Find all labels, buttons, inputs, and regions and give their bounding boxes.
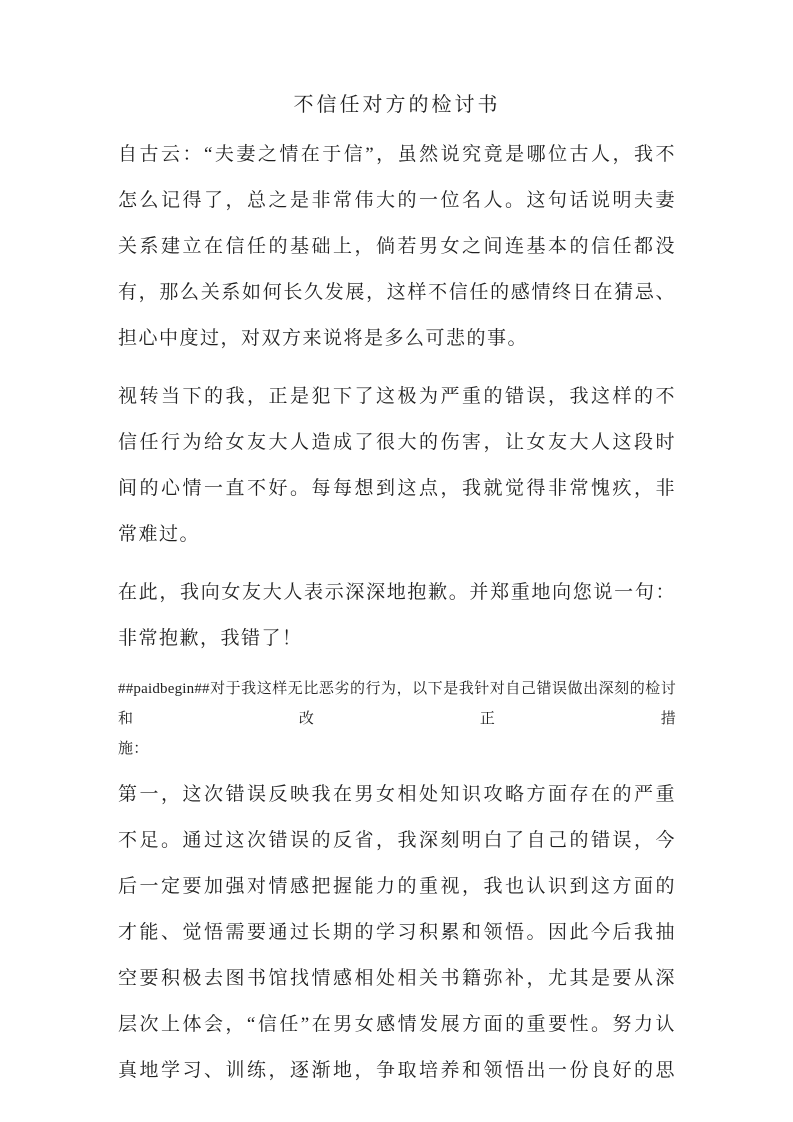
text-line: 层次上体会，“信任”在男女感情发展方面的重要性。努力认 [118, 1002, 676, 1048]
document-title: 不信任对方的检讨书 [118, 90, 676, 120]
text-line: 在此，我向女友大人表示深深地抱歉。并郑重地向您说一句： [118, 570, 676, 616]
text-line: 信任行为给女友大人造成了很大的伤害，让女友大人这段时 [118, 420, 676, 466]
text-line: 才能、觉悟需要通过长期的学习积累和领悟。因此今后我抽 [118, 910, 676, 956]
text-line: ##paidbegin##对于我这样无比恶劣的行为，以下是我针对自己错误做出深刻… [118, 674, 676, 734]
text-line: 第一，这次错误反映我在男女相处知识攻略方面存在的严重 [118, 772, 676, 818]
text-line: 间的心情一直不好。每每想到这点，我就觉得非常愧疚，非 [118, 466, 676, 512]
text-line: 后一定要加强对情感把握能力的重视，我也认识到这方面的 [118, 864, 676, 910]
paragraph: 视转当下的我，正是犯下了这极为严重的错误，我这样的不信任行为给女友大人造成了很大… [118, 374, 676, 558]
text-line: 有，那么关系如何长久发展，这样不信任的感情终日在猜忌、 [118, 270, 676, 316]
text-line: 自古云：“夫妻之情在于信”，虽然说究竟是哪位古人，我不 [118, 132, 676, 178]
text-line: 非常抱歉，我错了！ [118, 616, 676, 662]
text-line: 真地学习、训练，逐渐地，争取培养和领悟出一份良好的思 [118, 1048, 676, 1094]
paragraph: ##paidbegin##对于我这样无比恶劣的行为，以下是我针对自己错误做出深刻… [118, 674, 676, 764]
text-line: 视转当下的我，正是犯下了这极为严重的错误，我这样的不 [118, 374, 676, 420]
text-line: 施： [118, 734, 676, 764]
paragraph: 第一，这次错误反映我在男女相处知识攻略方面存在的严重不足。通过这次错误的反省，我… [118, 772, 676, 1094]
document-page: 不信任对方的检讨书 自古云：“夫妻之情在于信”，虽然说究竟是哪位古人，我不怎么记… [0, 0, 793, 1122]
paragraph: 自古云：“夫妻之情在于信”，虽然说究竟是哪位古人，我不怎么记得了，总之是非常伟大… [118, 132, 676, 362]
text-line: 担心中度过，对双方来说将是多么可悲的事。 [118, 316, 676, 362]
document-body: 自古云：“夫妻之情在于信”，虽然说究竟是哪位古人，我不怎么记得了，总之是非常伟大… [118, 132, 676, 1094]
paragraph: 在此，我向女友大人表示深深地抱歉。并郑重地向您说一句：非常抱歉，我错了！ [118, 570, 676, 662]
text-line: 关系建立在信任的基础上，倘若男女之间连基本的信任都没 [118, 224, 676, 270]
text-line: 不足。通过这次错误的反省，我深刻明白了自己的错误，今 [118, 818, 676, 864]
text-line: 怎么记得了，总之是非常伟大的一位名人。这句话说明夫妻 [118, 178, 676, 224]
text-line: 空要积极去图书馆找情感相处相关书籍弥补，尤其是要从深 [118, 956, 676, 1002]
text-line: 常难过。 [118, 512, 676, 558]
